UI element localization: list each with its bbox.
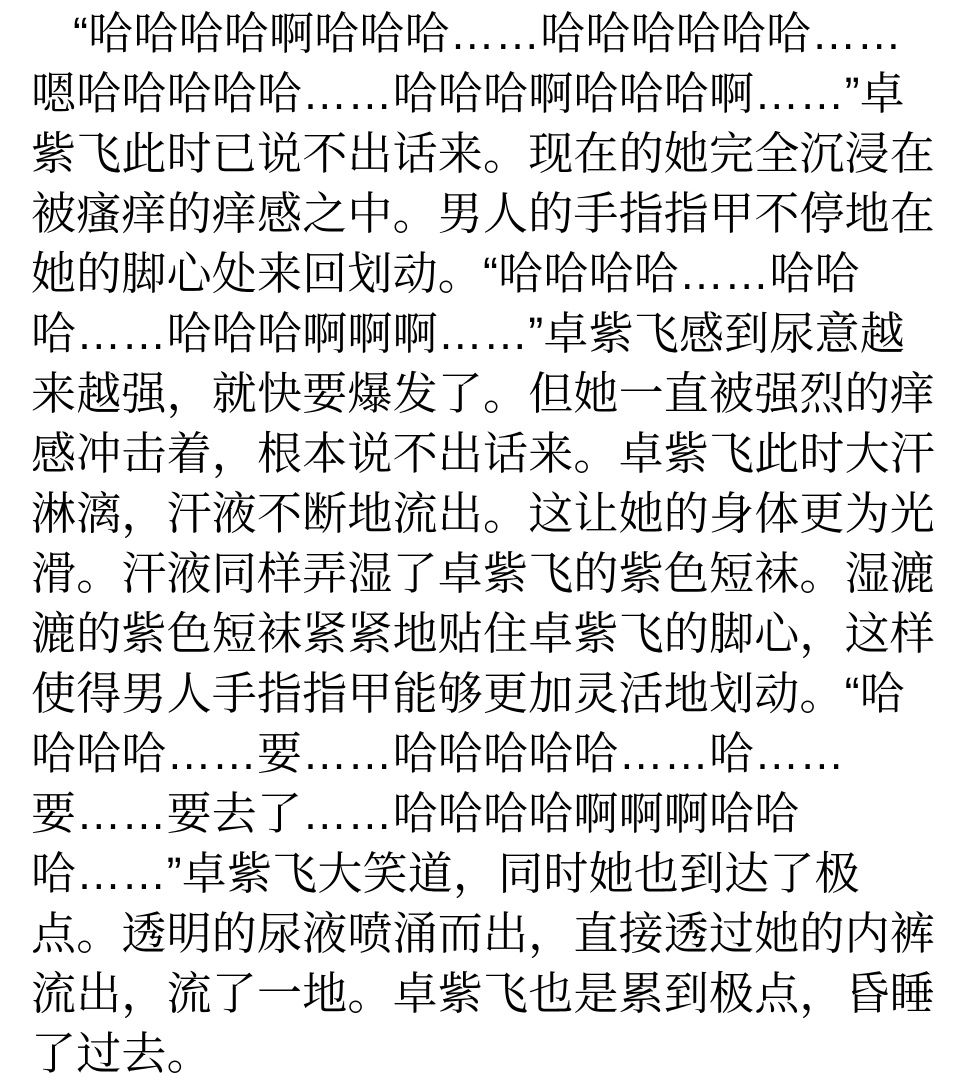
text-line: 嗯哈哈哈哈哈……哈哈哈啊哈哈哈啊……”卓 (31, 64, 936, 124)
text-line: 使得男人手指指甲能够更加灵活地划动。“哈 (31, 664, 936, 724)
text-line: 淋漓，汗液不断地流出。这让她的身体更为光 (31, 484, 936, 544)
text-line: 流出，流了一地。卓紫飞也是累到极点，昏睡 (31, 964, 936, 1024)
text-line: 她的脚心处来回划动。“哈哈哈哈……哈哈 (31, 244, 936, 304)
text-line: 滑。汗液同样弄湿了卓紫飞的紫色短袜。湿漉 (31, 544, 936, 604)
text-line: 了过去。 (31, 1024, 936, 1080)
text-line: “哈哈哈哈啊哈哈哈……哈哈哈哈哈哈…… (31, 4, 936, 64)
text-line: 紫飞此时已说不出话来。现在的她完全沉浸在 (31, 124, 936, 184)
text-line: 哈哈哈……要……哈哈哈哈哈……哈…… (31, 724, 936, 784)
text-line: 点。透明的尿液喷涌而出，直接透过她的内裤 (31, 904, 936, 964)
text-line: 被瘙痒的痒感之中。男人的手指指甲不停地在 (31, 184, 936, 244)
reader-page[interactable]: “哈哈哈哈啊哈哈哈……哈哈哈哈哈哈…… 嗯哈哈哈哈哈……哈哈哈啊哈哈哈啊……”卓… (0, 0, 972, 1080)
text-line: 漉的紫色短袜紧紧地贴住卓紫飞的脚心，这样 (31, 604, 936, 664)
text-line: 哈……哈哈哈啊啊啊……”卓紫飞感到尿意越 (31, 304, 936, 364)
text-line: 哈……”卓紫飞大笑道，同时她也到达了极 (31, 844, 936, 904)
text-line: 来越强，就快要爆发了。但她一直被强烈的痒 (31, 364, 936, 424)
text-line: 要……要去了……哈哈哈哈啊啊啊哈哈 (31, 784, 936, 844)
text-line: 感冲击着，根本说不出话来。卓紫飞此时大汗 (31, 424, 936, 484)
